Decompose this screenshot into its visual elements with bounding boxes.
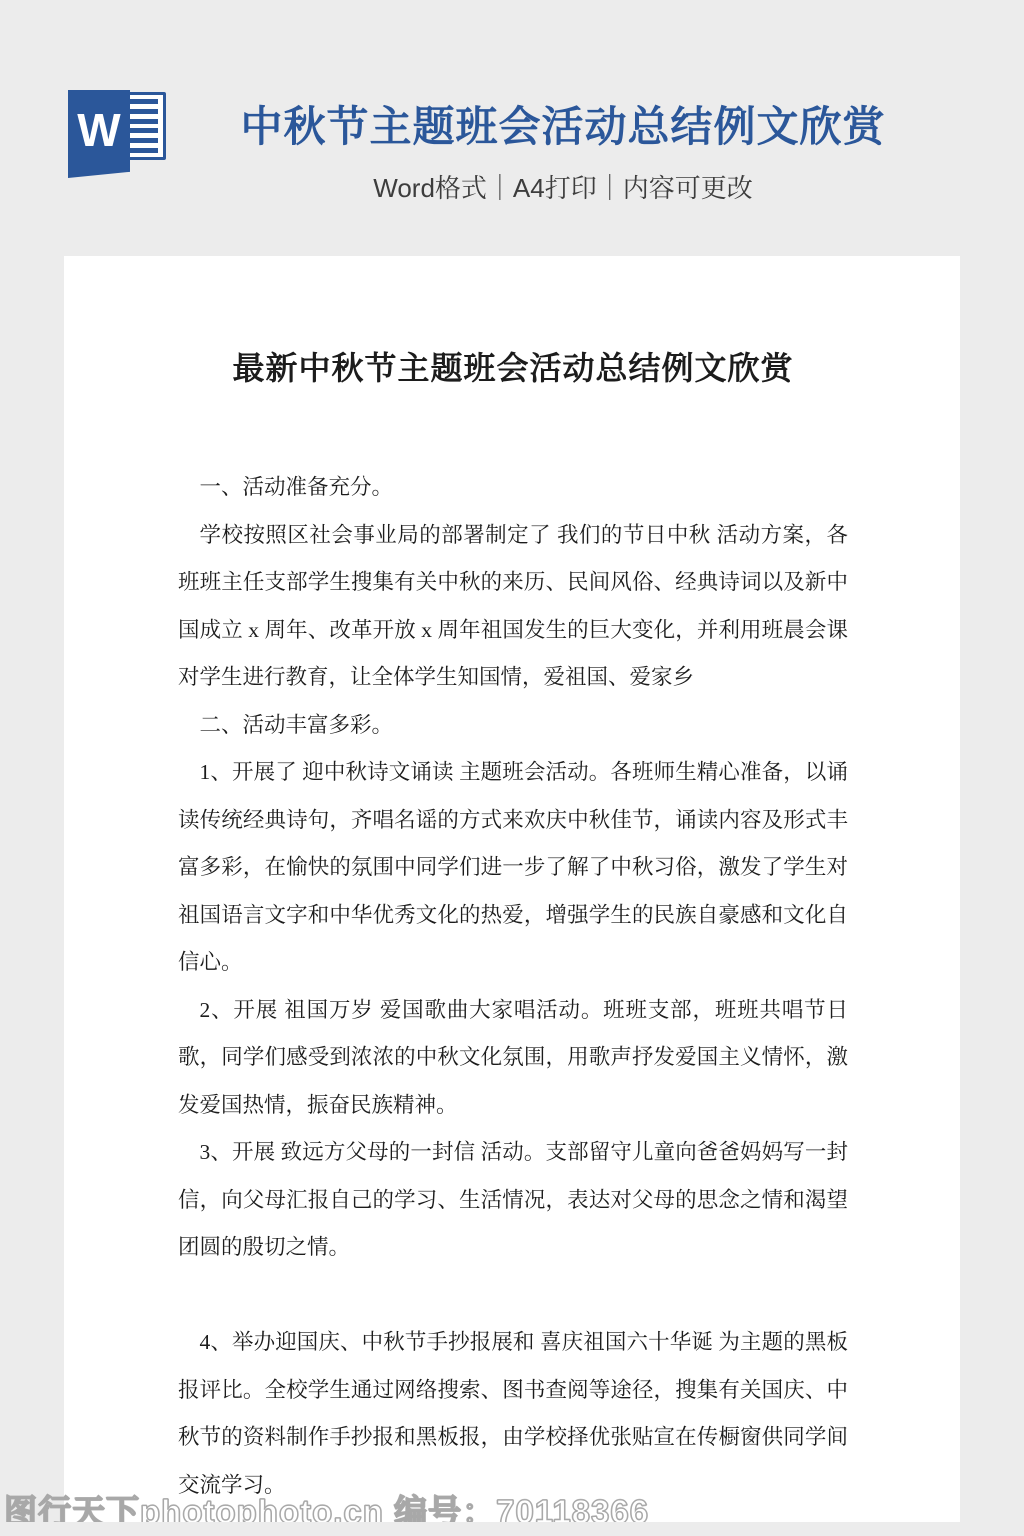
paragraph: 1、开展了 迎中秋诗文诵读 主题班会活动。各班师生精心准备，以诵读传统经典诗句，…	[178, 749, 848, 987]
paragraph-empty	[178, 1272, 848, 1320]
branding-header: W 中秋节主题班会活动总结例文欣赏 Word格式｜A4打印｜内容可更改	[0, 0, 1024, 256]
page-title: 中秋节主题班会活动总结例文欣赏	[166, 94, 960, 154]
paragraph: 二、活动丰富多彩。	[178, 702, 848, 750]
page-subtitle: Word格式｜A4打印｜内容可更改	[166, 168, 960, 205]
document-body: 一、活动准备充分。 学校按照区社会事业局的部署制定了 我们的节日中秋 活动方案，…	[178, 464, 848, 1509]
paragraph: 一、活动准备充分。	[178, 464, 848, 512]
paragraph: 4、举办迎国庆、中秋节手抄报展和 喜庆祖国六十华诞 为主题的黑板报评比。全校学生…	[178, 1319, 848, 1509]
word-icon-letter: W	[68, 90, 130, 178]
paragraph: 2、开展 祖国万岁 爱国歌曲大家唱活动。班班支部，班班共唱节日歌，同学们感受到浓…	[178, 987, 848, 1130]
document-title: 最新中秋节主题班会活动总结例文欣赏	[178, 346, 848, 390]
bottom-strip	[0, 1522, 1024, 1536]
paragraph: 3、开展 致远方父母的一封信 活动。支部留守儿童向爸爸妈妈写一封信，向父母汇报自…	[178, 1129, 848, 1272]
document-page: 最新中秋节主题班会活动总结例文欣赏 一、活动准备充分。 学校按照区社会事业局的部…	[64, 256, 960, 1522]
header-text-block: 中秋节主题班会活动总结例文欣赏 Word格式｜A4打印｜内容可更改	[166, 0, 960, 256]
word-icon: W	[68, 90, 166, 178]
paragraph: 学校按照区社会事业局的部署制定了 我们的节日中秋 活动方案，各班班主任支部学生搜…	[178, 512, 848, 702]
